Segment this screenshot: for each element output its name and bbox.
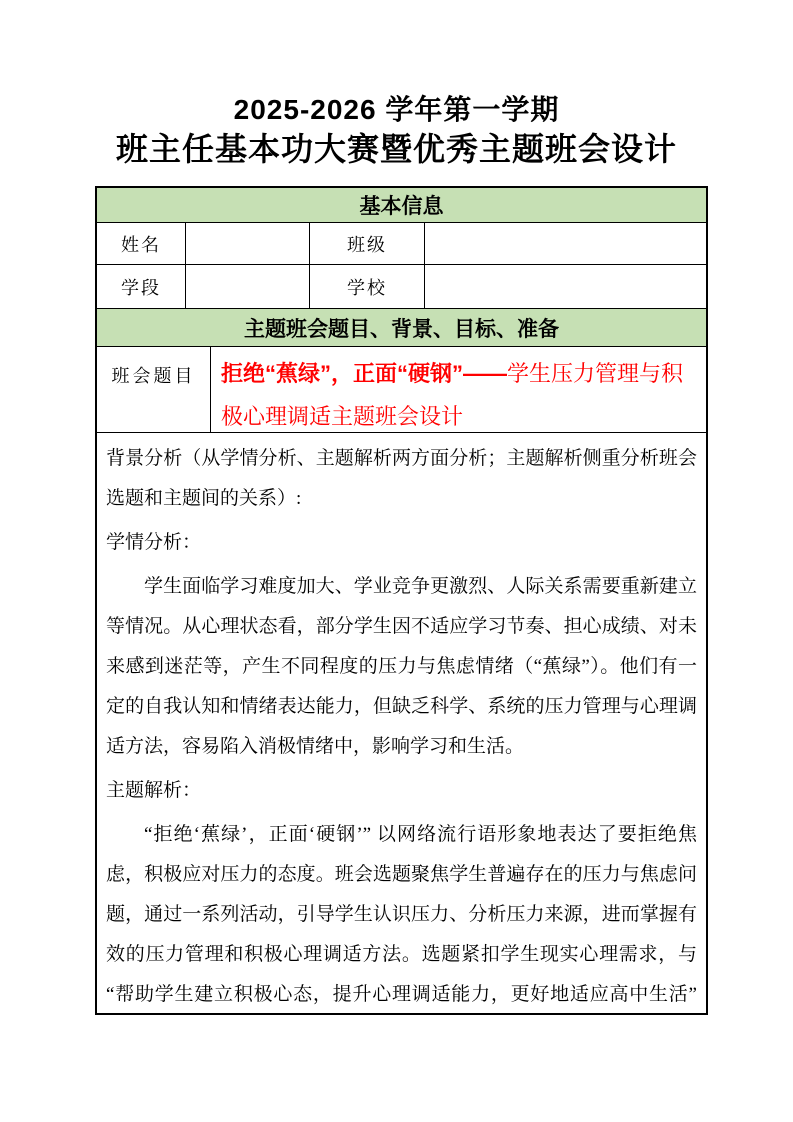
stage-label: 学段 [97,265,186,308]
analysis2-heading: 主题解析： [106,771,697,811]
school-input-cell[interactable] [425,265,706,308]
background-analysis-row: 背景分析（从学情分析、主题解析两方面分析；主题解析侧重分析班会选题和主题间的关系… [97,433,706,1013]
form-table: 基本信息 姓名 班级 学段 学校 主题班会题目、背景、目标、准备 班会题目 拒绝… [95,186,708,1015]
topic-row: 班会题目 拒绝“蕉绿”，正面“硬钢”——学生压力管理与积极心理调适主题班会设计 [97,347,706,433]
background-analysis-cell: 背景分析（从学情分析、主题解析两方面分析；主题解析侧重分析班会选题和主题间的关系… [97,433,706,1013]
class-label: 班级 [310,223,425,264]
document-page: 2025-2026 学年第一学期 班主任基本功大赛暨优秀主题班会设计 基本信息 … [0,0,793,1122]
title-line-2: 班主任基本功大赛暨优秀主题班会设计 [0,128,793,170]
name-label: 姓名 [97,223,186,264]
topic-title-emphasis: 拒绝“蕉绿”，正面“硬钢”—— [221,361,507,386]
analysis1-text: 学生面临学习难度加大、学业竞争更激烈、人际关系需要重新建立等情况。从心理状态看，… [106,567,697,767]
school-label: 学校 [310,265,425,308]
stage-input-cell[interactable] [186,265,310,308]
document-title: 2025-2026 学年第一学期 班主任基本功大赛暨优秀主题班会设计 [0,92,793,170]
section-row-basic-info: 基本信息 [97,188,706,223]
background-intro: 背景分析（从学情分析、主题解析两方面分析；主题解析侧重分析班会选题和主题间的关系… [106,439,697,519]
title-line-1: 2025-2026 学年第一学期 [0,92,793,128]
section-header-basic-info: 基本信息 [97,188,706,222]
analysis2-text: “拒绝‘蕉绿’，正面‘硬钢’” 以网络流行语形象地表达了要拒绝焦虑，积极应对压力… [106,815,697,1013]
info-row-stage-school: 学段 学校 [97,265,706,309]
section-header-topic-background: 主题班会题目、背景、目标、准备 [97,309,706,346]
analysis1-heading: 学情分析： [106,523,697,563]
info-row-name-class: 姓名 班级 [97,223,706,265]
topic-title-cell: 拒绝“蕉绿”，正面“硬钢”——学生压力管理与积极心理调适主题班会设计 [211,347,706,432]
name-input-cell[interactable] [186,223,310,264]
topic-label: 班会题目 [97,347,211,432]
section-row-topic-background: 主题班会题目、背景、目标、准备 [97,309,706,347]
class-input-cell[interactable] [425,223,706,264]
